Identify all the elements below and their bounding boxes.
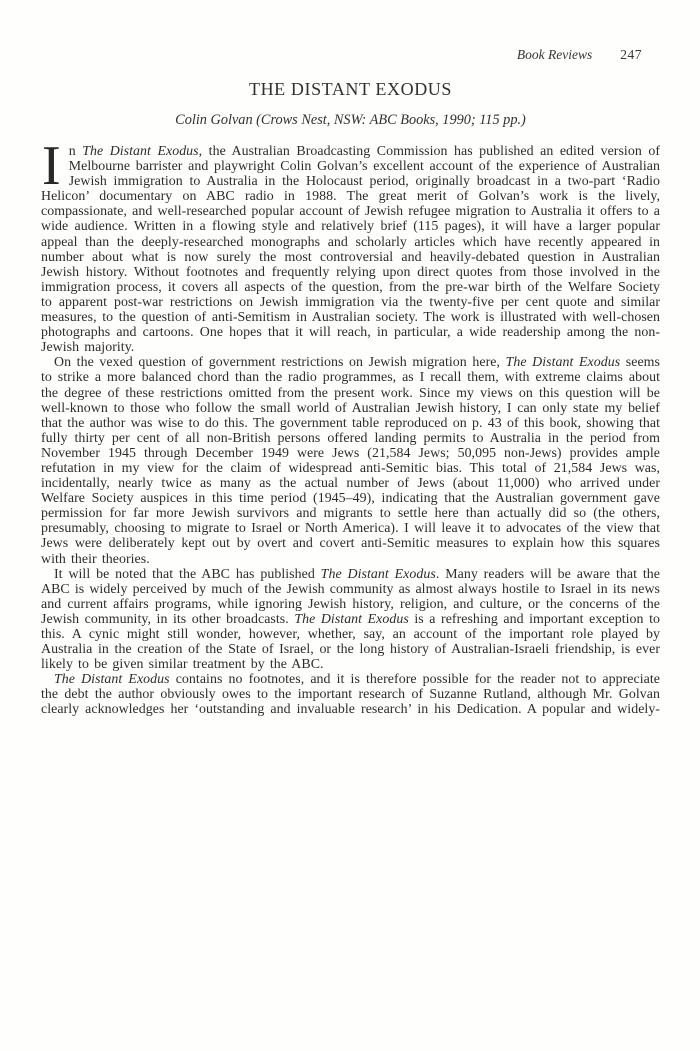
article-body: In The Distant Exodus, the Australian Br…: [41, 144, 660, 718]
text-run: n: [69, 144, 83, 159]
book-title-italic: The Distant Exodus: [294, 612, 409, 627]
review-title: THE DISTANT EXODUS: [41, 79, 660, 100]
book-page: Book Reviews 247 THE DISTANT EXODUS Coli…: [0, 0, 700, 1051]
running-header-section-title: Book Reviews: [517, 47, 592, 63]
text-run: , the Australian Broadcasting Commission…: [41, 144, 660, 355]
book-title-italic: The Distant Exodus: [82, 144, 198, 159]
drop-cap: I: [41, 144, 69, 189]
book-title-italic: The Distant Exodus: [321, 567, 436, 582]
book-title-italic: The Distant Exodus: [506, 355, 621, 370]
paragraph: It will be noted that the ABC has publis…: [41, 567, 660, 673]
text-run: It will be noted that the ABC has publis…: [54, 567, 321, 582]
text-run: On the vexed question of government rest…: [54, 355, 506, 370]
running-header: Book Reviews 247: [41, 47, 660, 63]
page-number: 247: [620, 47, 642, 63]
book-title-italic: The Distant Exodus: [54, 672, 170, 687]
review-byline: Colin Golvan (Crows Nest, NSW: ABC Books…: [41, 112, 660, 129]
paragraph: On the vexed question of government rest…: [41, 355, 660, 566]
text-run: seems to strike a more balanced chord th…: [41, 355, 660, 566]
paragraph: The Distant Exodus contains no footnotes…: [41, 672, 660, 717]
paragraph: In The Distant Exodus, the Australian Br…: [41, 144, 660, 355]
